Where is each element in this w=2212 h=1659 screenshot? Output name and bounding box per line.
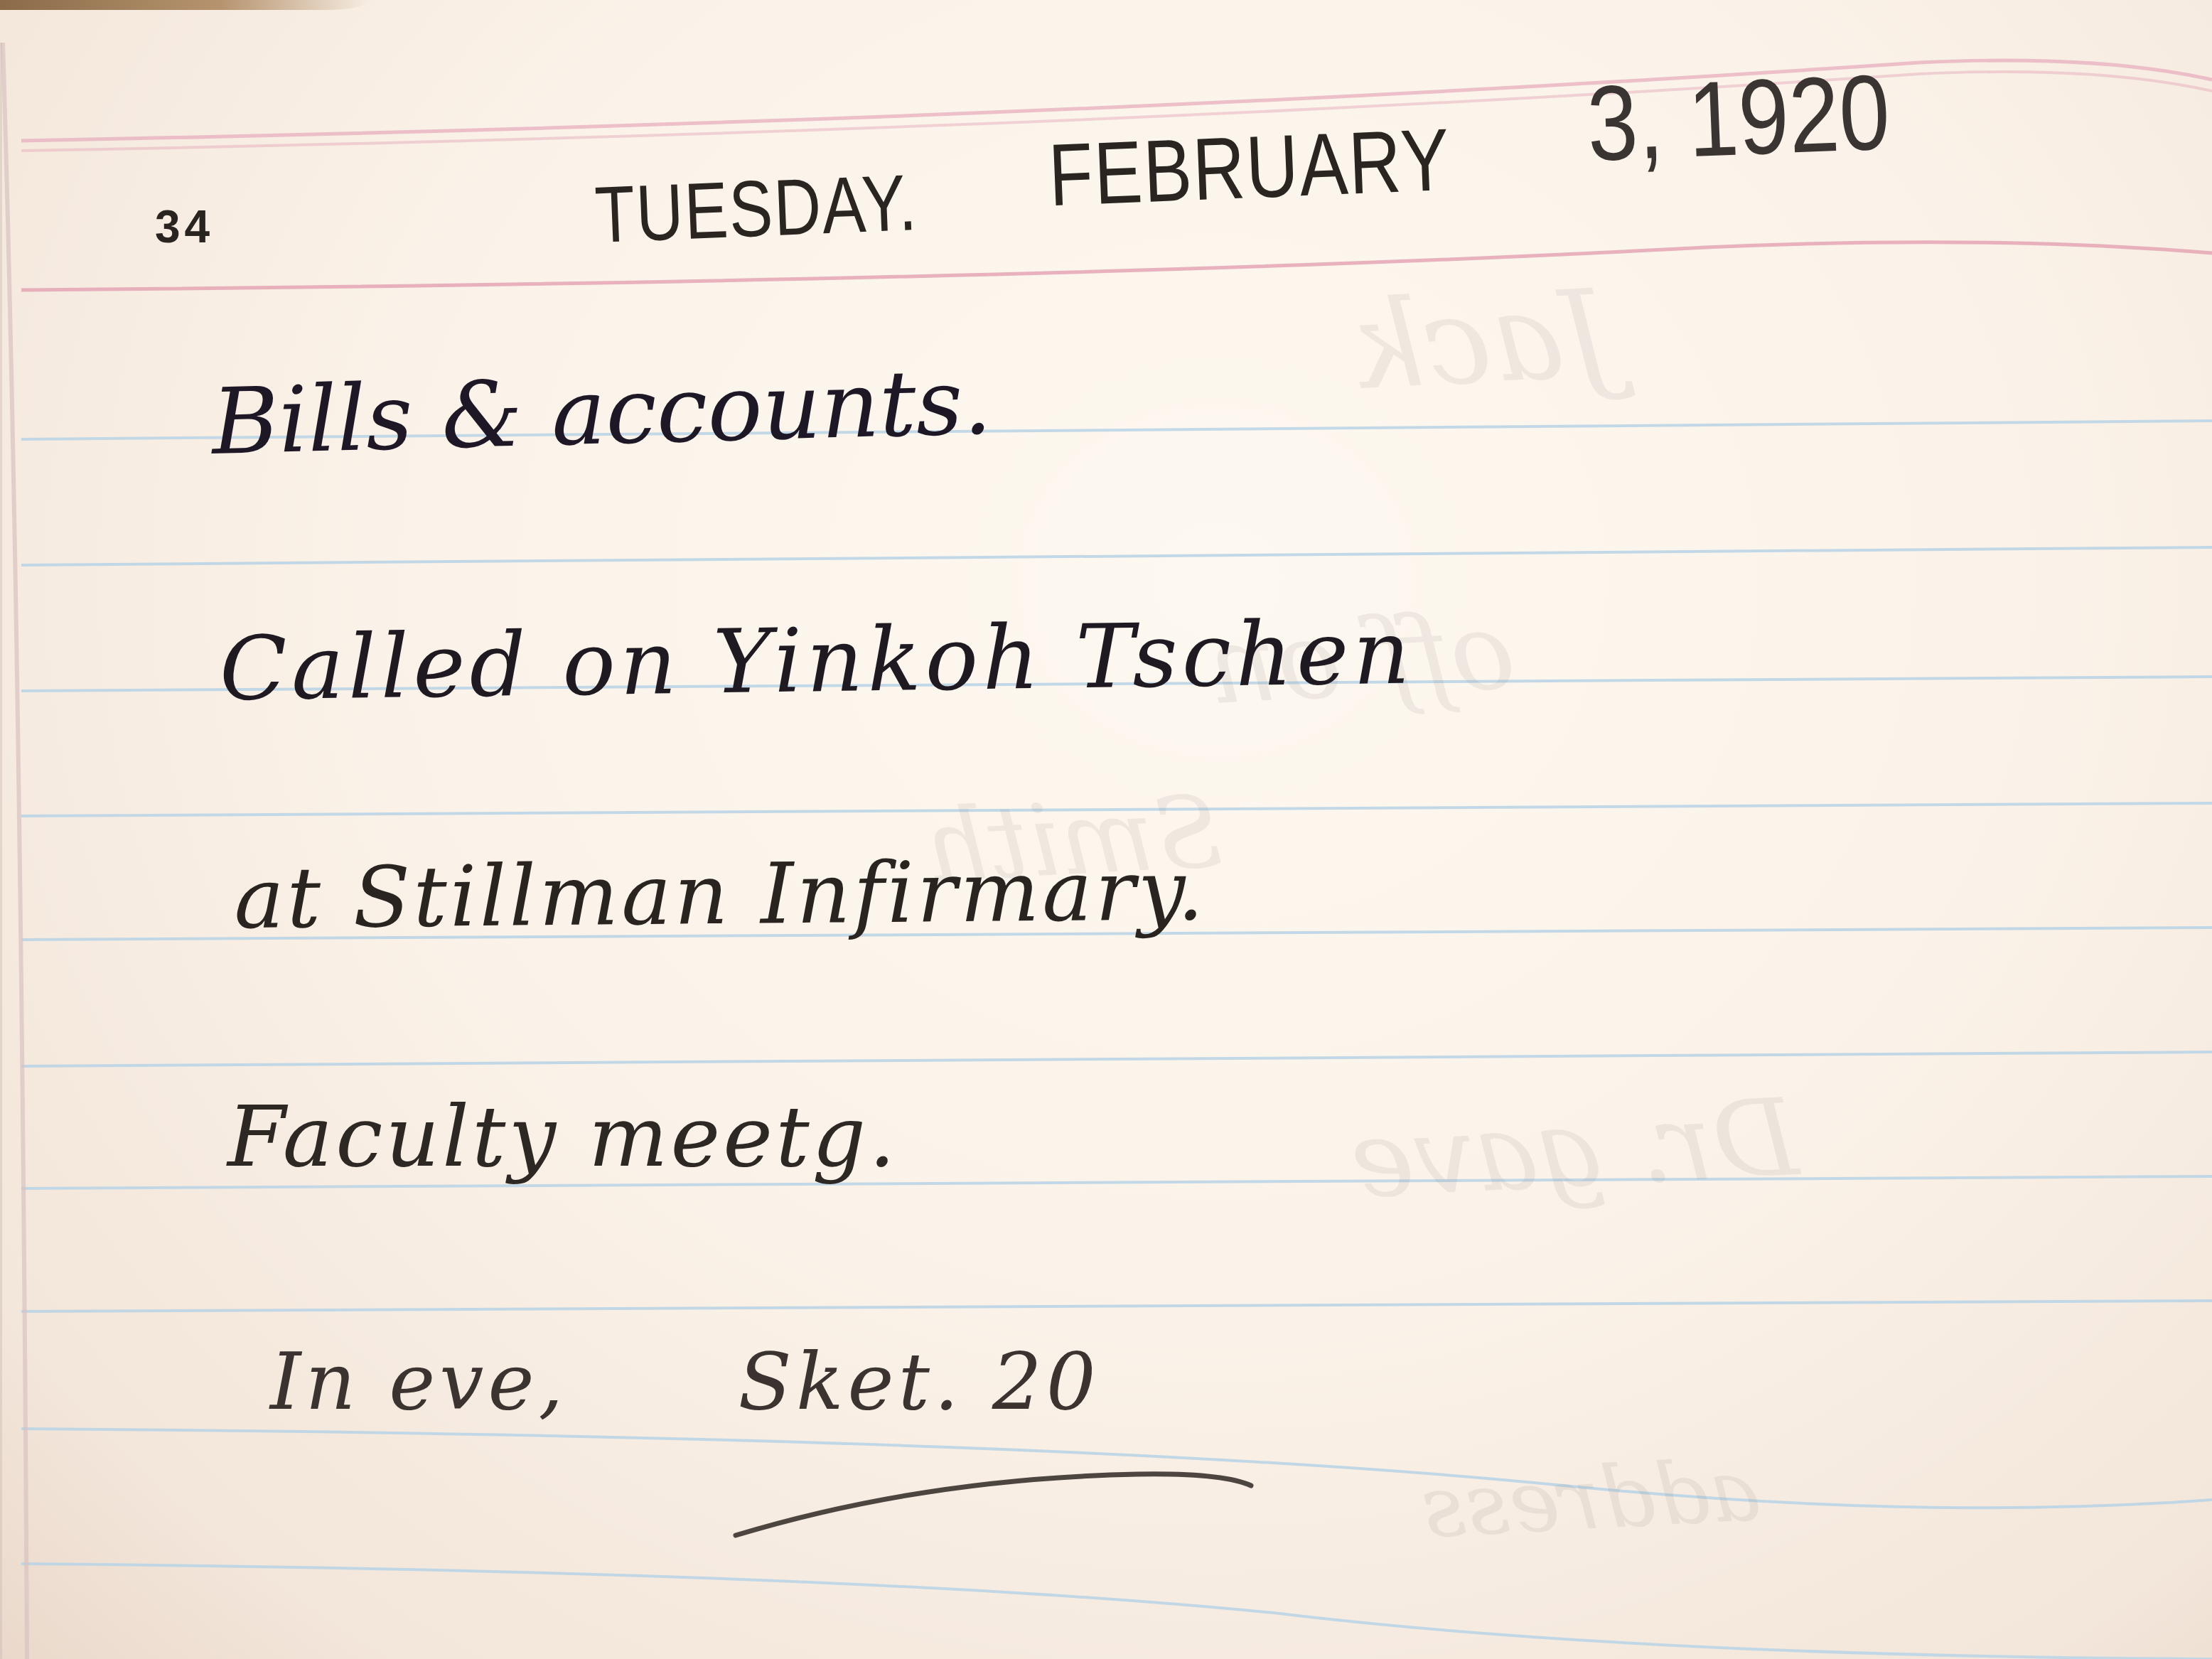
- header-month: FEBRUARY: [1047, 109, 1452, 227]
- header-weekday: TUESDAY.: [594, 156, 920, 261]
- entry-evening: In eve,: [270, 1336, 568, 1427]
- bleed-through-text: Dr. gave: [1348, 1076, 1801, 1223]
- ink-underline: [736, 1474, 1251, 1535]
- date-header: TUESDAY. FEBRUARY 3, 1920: [591, 51, 1989, 263]
- page-number: 34: [155, 200, 214, 253]
- diary-page: Jack off on Smith Dr. gave address 34 TU…: [0, 0, 2212, 1659]
- handwritten-entry: In eve,Sket. 20: [270, 1336, 1100, 1427]
- bleed-through-text: Jack: [1347, 264, 1616, 418]
- bleed-through-text: address: [1419, 1441, 1763, 1558]
- handwritten-entry: at Stillman Infirmary.: [234, 841, 1207, 947]
- binding-edge: [0, 0, 370, 10]
- header-day-year: 3, 1920: [1585, 50, 1892, 186]
- handwritten-entry: Called on Yinkoh Tschen: [219, 602, 1414, 721]
- handwritten-entry: Faculty meetg.: [227, 1088, 898, 1186]
- entry-sketch: Sket. 20: [739, 1336, 1100, 1427]
- handwritten-entry: Bills & accounts.: [210, 349, 993, 476]
